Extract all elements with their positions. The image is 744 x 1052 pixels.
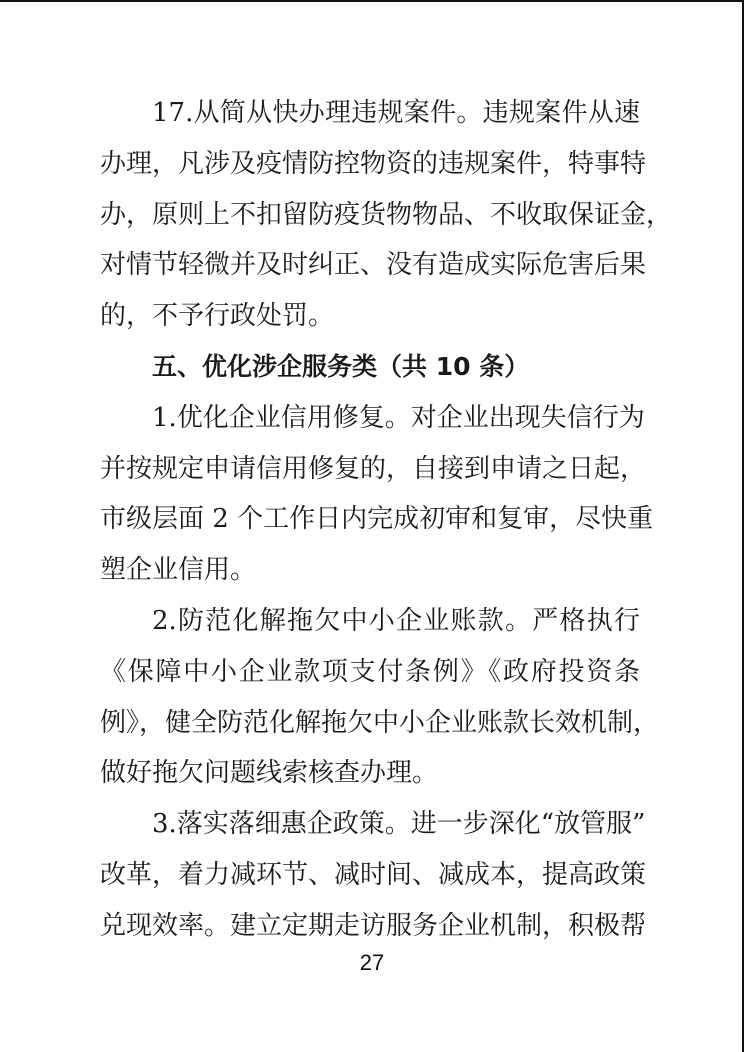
text-line: 例》，健全防范化解拖欠中小企业账款长效机制， (100, 698, 640, 749)
page-number: 27 (0, 950, 744, 976)
paragraph-item-2: 2.防范化解拖欠中小企业账款。严格执行 《保障中小企业款项支付条例》《政府投资条… (100, 596, 640, 799)
section-heading: 五、优化涉企服务类（共 10 条） (100, 342, 640, 393)
text-line: 办，原则上不扣留防疫货物物品、不收取保证金， (100, 190, 640, 241)
text-line: 2.防范化解拖欠中小企业账款。严格执行 (100, 596, 640, 647)
text-line: 17.从简从快办理违规案件。违规案件从速 (100, 88, 640, 139)
text-line: 塑企业信用。 (100, 545, 640, 596)
text-line: 做好拖欠问题线索核查办理。 (100, 748, 640, 799)
text-line: 办理，凡涉及疫情防控物资的违规案件，特事特 (100, 139, 640, 190)
paragraph-item-3: 3.落实落细惠企政策。进一步深化“放管服” 改革，着力减环节、减时间、减成本，提… (100, 799, 640, 951)
text-line: 并按规定申请信用修复的，自接到申请之日起， (100, 444, 640, 495)
text-line: 1.优化企业信用修复。对企业出现失信行为 (100, 393, 640, 444)
text-line: 对情节轻微并及时纠正、没有造成实际危害后果 (100, 240, 640, 291)
text-line: 兑现效率。建立定期走访服务企业机制，积极帮 (100, 901, 640, 952)
text-line: 的，不予行政处罚。 (100, 291, 640, 342)
paragraph-item-1: 1.优化企业信用修复。对企业出现失信行为 并按规定申请信用修复的，自接到申请之日… (100, 393, 640, 596)
document-page: 17.从简从快办理违规案件。违规案件从速 办理，凡涉及疫情防控物资的违规案件，特… (0, 0, 744, 1052)
text-line: 3.落实落细惠企政策。进一步深化“放管服” (100, 799, 640, 850)
text-line: 改革，着力减环节、减时间、减成本，提高政策 (100, 850, 640, 901)
text-line: 市级层面 2 个工作日内完成初审和复审，尽快重 (100, 494, 640, 545)
document-body: 17.从简从快办理违规案件。违规案件从速 办理，凡涉及疫情防控物资的违规案件，特… (100, 88, 640, 952)
text-line: 《保障中小企业款项支付条例》《政府投资条 (100, 647, 640, 698)
paragraph-item-17: 17.从简从快办理违规案件。违规案件从速 办理，凡涉及疫情防控物资的违规案件，特… (100, 88, 640, 342)
